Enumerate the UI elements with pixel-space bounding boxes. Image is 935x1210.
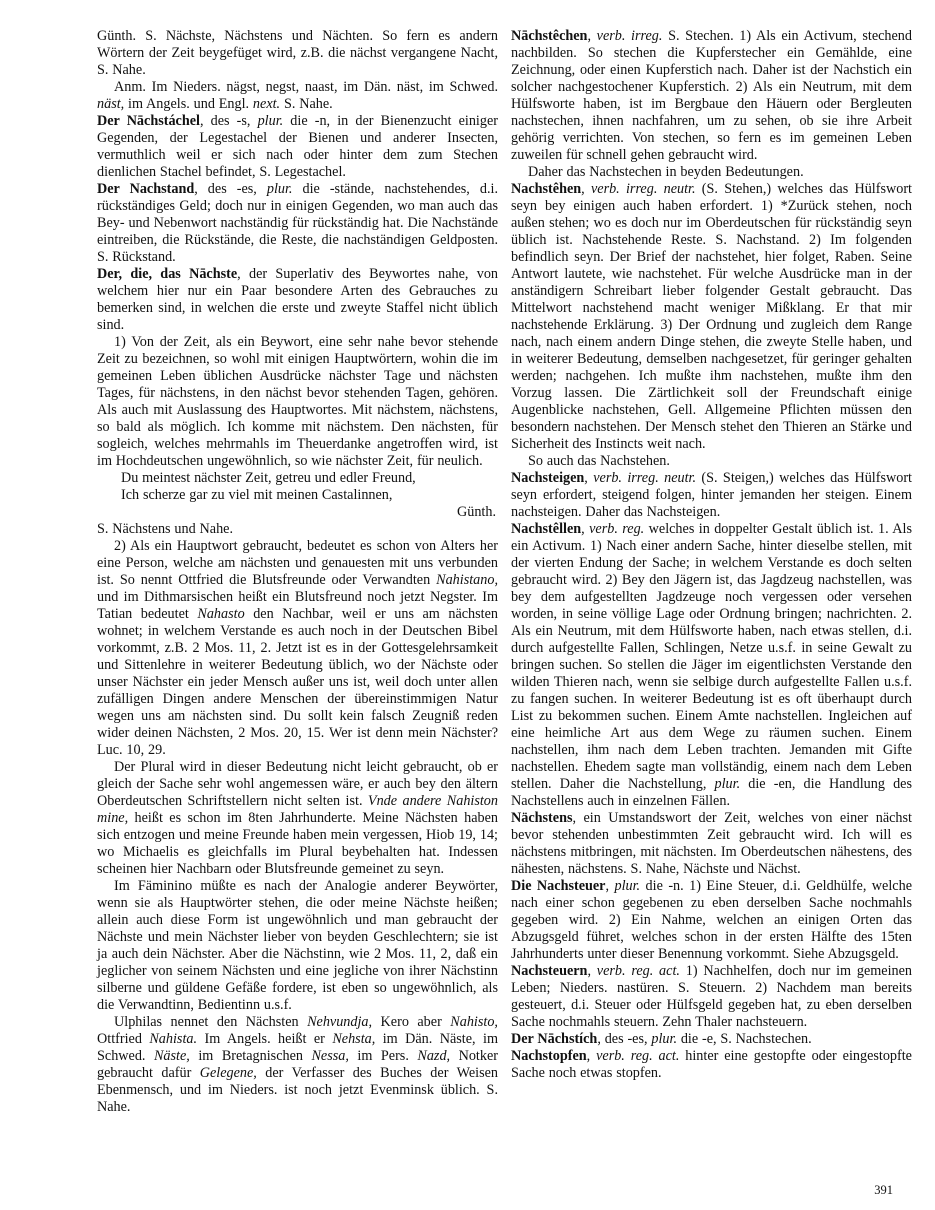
body-paragraph: Der Plural wird in dieser Bedeutung nich… bbox=[97, 759, 498, 878]
italic-term: next. bbox=[253, 96, 280, 112]
italic-term: plur. bbox=[715, 776, 741, 792]
italic-term: verb. irreg. neutr. bbox=[593, 470, 696, 486]
text-run: Günth. S. Nächste, Nächstens und Nächten… bbox=[97, 28, 498, 78]
italic-term: Nehvundja, bbox=[307, 1014, 372, 1030]
body-paragraph: 2) Als ein Hauptwort gebraucht, bedeutet… bbox=[97, 538, 498, 759]
text-run: (S. Stehen,) welches das Hülfswort seyn … bbox=[511, 181, 912, 452]
headword: Nachstêllen bbox=[511, 521, 581, 537]
italic-term: Nahistano, bbox=[436, 572, 498, 588]
text-run: den Nachbar, weil er uns am nächsten woh… bbox=[97, 606, 498, 758]
headword: Der Nāchstáchel bbox=[97, 113, 200, 129]
text-run: Ich scherze gar zu viel mit meinen Casta… bbox=[121, 487, 392, 503]
text-run: Anm. Im Nieders. nägst, negst, naast, im… bbox=[114, 79, 498, 95]
body-paragraph: Daher das Nachstechen in beyden Bedeutun… bbox=[511, 164, 912, 181]
italic-term: verb. reg. act. bbox=[596, 1048, 679, 1064]
text-run: Kero aber bbox=[372, 1014, 450, 1030]
text-run: , bbox=[587, 1048, 596, 1064]
italic-term: verb. reg. act. bbox=[597, 963, 680, 979]
text-run: S. Stechen. 1) Als ein Activum, stechend… bbox=[511, 28, 912, 163]
body-paragraph: Im Fäminino müßte es nach der Analogie a… bbox=[97, 878, 498, 1014]
body-paragraph: S. Nächstens und Nahe. bbox=[97, 521, 498, 538]
italic-term: plur. bbox=[267, 181, 293, 197]
text-run: , bbox=[584, 470, 593, 486]
entry-paragraph: Nächstens, ein Umstandswort der Zeit, we… bbox=[511, 810, 912, 878]
italic-term: näst, bbox=[97, 96, 124, 112]
body-paragraph: Anm. Im Nieders. nägst, negst, naast, im… bbox=[97, 79, 498, 113]
text-run: , ein Umstandswort der Zeit, welches von… bbox=[511, 810, 912, 877]
text-run: S. Nahe. bbox=[280, 96, 333, 112]
headword: Der, die, das Nāchste bbox=[97, 266, 237, 282]
entry-paragraph: Nachstêllen, verb. reg. welches in doppe… bbox=[511, 521, 912, 810]
text-run: im Angels. und Engl. bbox=[124, 96, 253, 112]
text-run: Daher das Nachstechen in beyden Bedeutun… bbox=[528, 164, 804, 180]
text-run: , des -es, bbox=[597, 1031, 651, 1047]
body-paragraph: Ulphilas nennet den Nächsten Nehvundja, … bbox=[97, 1014, 498, 1116]
citation-attribution: Günth. bbox=[97, 504, 498, 521]
entry-paragraph: Nachsteigen, verb. irreg. neutr. (S. Ste… bbox=[511, 470, 912, 521]
page-number: 391 bbox=[874, 1183, 893, 1197]
headword: Nachsteigen bbox=[511, 470, 584, 486]
text-run: 1) Von der Zeit, als ein Beywort, eine s… bbox=[97, 334, 498, 469]
headword: Nachstêhen bbox=[511, 181, 581, 197]
italic-term: Nahisto, bbox=[450, 1014, 498, 1030]
body-paragraph: So auch das Nachstehen. bbox=[511, 453, 912, 470]
entry-paragraph: Nāchstêchen, verb. irreg. S. Stechen. 1)… bbox=[511, 28, 912, 164]
text-run: Im Fäminino müßte es nach der Analogie a… bbox=[97, 878, 498, 1013]
headword: Der Nachstand bbox=[97, 181, 194, 197]
text-run: welches in doppelter Gestalt üblich ist.… bbox=[511, 521, 912, 792]
italic-term: Näste, bbox=[154, 1048, 190, 1064]
entry-paragraph: Der Nāchstáchel, des -s, plur. die -n, i… bbox=[97, 113, 498, 181]
text-run: , bbox=[587, 963, 596, 979]
text-run: Im Angels. heißt er bbox=[197, 1031, 332, 1047]
italic-term: Nessa, bbox=[311, 1048, 348, 1064]
headword: Nächstens bbox=[511, 810, 572, 826]
entry-paragraph: Der Nāchstích, des -es, plur. die -e, S.… bbox=[511, 1031, 912, 1048]
text-run: heißt es schon im 8ten Jahrhunderte. Mei… bbox=[97, 810, 498, 877]
verse-line: Ich scherze gar zu viel mit meinen Casta… bbox=[97, 487, 498, 504]
two-column-text-block: Günth. S. Nächste, Nächstens und Nächten… bbox=[0, 0, 935, 1116]
italic-term: plur. bbox=[614, 878, 640, 894]
italic-term: Nehsta, bbox=[332, 1031, 375, 1047]
text-run: , des -es, bbox=[194, 181, 267, 197]
text-run: , des -s, bbox=[200, 113, 258, 129]
italic-term: verb. reg. bbox=[589, 521, 644, 537]
entry-paragraph: Der, die, das Nāchste, der Superlativ de… bbox=[97, 266, 498, 334]
text-run: die -e, S. Nachstechen. bbox=[677, 1031, 812, 1047]
text-run: , bbox=[581, 521, 589, 537]
headword: Nachstopfen bbox=[511, 1048, 587, 1064]
text-run: So auch das Nachstehen. bbox=[528, 453, 670, 469]
text-run: Ulphilas nennet den Nächsten bbox=[114, 1014, 307, 1030]
body-paragraph: 1) Von der Zeit, als ein Beywort, eine s… bbox=[97, 334, 498, 470]
italic-term: verb. irreg. neutr. bbox=[591, 181, 696, 197]
italic-term: Gelegene, bbox=[200, 1065, 257, 1081]
entry-paragraph: Nachstêhen, verb. irreg. neutr. (S. Steh… bbox=[511, 181, 912, 453]
text-run: S. Nächstens und Nahe. bbox=[97, 521, 233, 537]
entry-paragraph: Nachsteuern, verb. reg. act. 1) Nachhelf… bbox=[511, 963, 912, 1031]
headword: Der Nāchstích bbox=[511, 1031, 597, 1047]
text-run: im Pers. bbox=[349, 1048, 417, 1064]
text-run: im Bretagnischen bbox=[190, 1048, 312, 1064]
dictionary-page: Günth. S. Nächste, Nächstens und Nächten… bbox=[0, 0, 935, 1210]
text-run: , bbox=[587, 28, 596, 44]
text-run: Günth. bbox=[457, 504, 496, 520]
italic-term: plur. bbox=[258, 113, 284, 129]
italic-term: Nahista. bbox=[149, 1031, 197, 1047]
headword: Die Nachsteuer bbox=[511, 878, 605, 894]
italic-term: verb. irreg. bbox=[597, 28, 663, 44]
left-column: Günth. S. Nächste, Nächstens und Nächten… bbox=[97, 28, 498, 1116]
text-run: , bbox=[581, 181, 591, 197]
headword: Nāchstêchen bbox=[511, 28, 587, 44]
italic-term: Nahasto bbox=[197, 606, 244, 622]
headword: Nachsteuern bbox=[511, 963, 587, 979]
text-run: Ottfried bbox=[97, 1031, 149, 1047]
right-column: Nāchstêchen, verb. irreg. S. Stechen. 1)… bbox=[511, 28, 912, 1116]
entry-paragraph: Nachstopfen, verb. reg. act. hinter eine… bbox=[511, 1048, 912, 1082]
body-paragraph: Günth. S. Nächste, Nächstens und Nächten… bbox=[97, 28, 498, 79]
verse-line: Du meintest nächster Zeit, getreu und ed… bbox=[97, 470, 498, 487]
italic-term: plur. bbox=[651, 1031, 677, 1047]
entry-paragraph: Der Nachstand, des -es, plur. die -ständ… bbox=[97, 181, 498, 266]
entry-paragraph: Die Nachsteuer, plur. die -n. 1) Eine St… bbox=[511, 878, 912, 963]
italic-term: Nazd, bbox=[417, 1048, 450, 1064]
text-run: Du meintest nächster Zeit, getreu und ed… bbox=[121, 470, 416, 486]
